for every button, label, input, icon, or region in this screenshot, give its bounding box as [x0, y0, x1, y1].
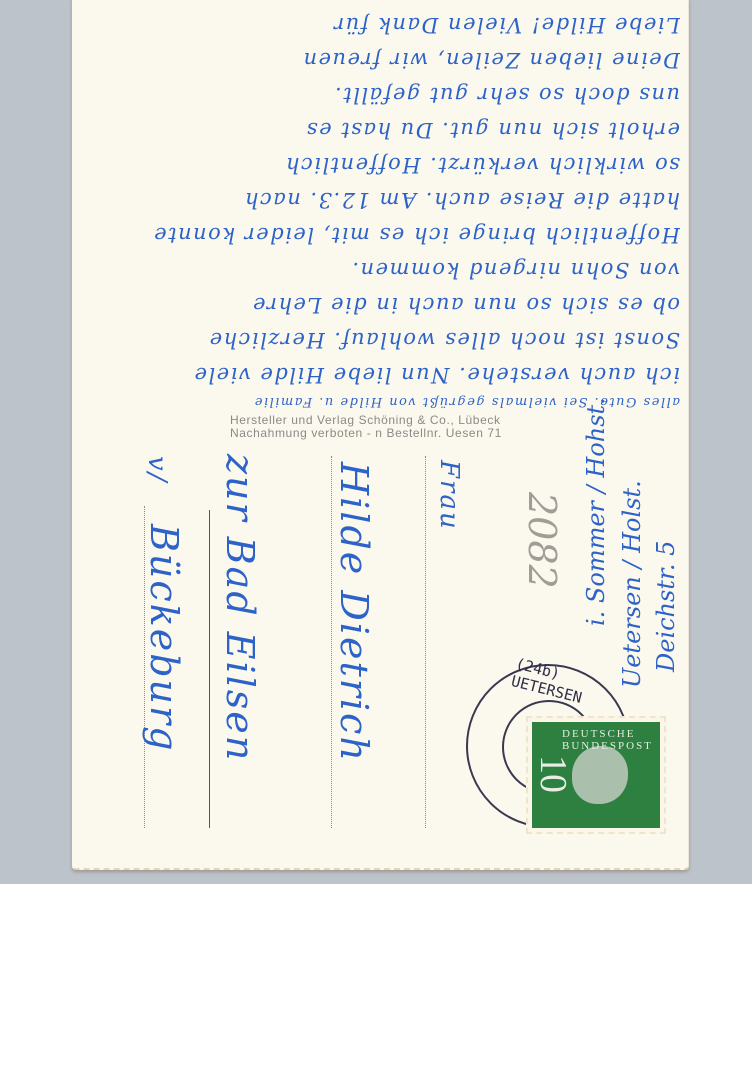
- address-salutation: Frau: [434, 460, 464, 531]
- address-district: Bückeburg: [142, 524, 186, 752]
- message-line: Deine lieben Zeilen, wir freuen: [82, 37, 680, 72]
- publisher-line-2: Nachahmung verboten - n Bestellnr. Uesen…: [230, 427, 502, 440]
- sender-line-1: i. Sommer / Hohst.: [582, 397, 610, 626]
- pencil-note: 2082: [520, 492, 564, 589]
- message-line: uns doch so sehr gut gefällt.: [82, 72, 680, 107]
- message-line: erholt sich nun gut. Du hast es: [82, 107, 680, 142]
- message-line: Sonst ist noch alles wohlauf. Herzliche: [82, 317, 680, 352]
- message-line: hatte die Reise auch. Am 12.3. nach: [82, 177, 680, 212]
- address-town: zur Bad Eilsen: [218, 454, 262, 762]
- stamp-country-text: DEUTSCHE BUNDESPOST: [562, 728, 660, 752]
- postcard: alles Gute. Sei vielmals gegrüßt von Hil…: [72, 0, 689, 870]
- address-rule-1: [425, 456, 426, 828]
- message-line: ich auch verstehe. Nun liebe Hilde viele: [82, 352, 680, 387]
- message-line: Liebe Hilde! Vielen Dank für: [82, 2, 680, 37]
- address-rule-3: [209, 510, 210, 828]
- sender-line-3: Deichstr. 5: [652, 541, 680, 672]
- message-line: ob es sich so nun auch in die Lehre: [82, 282, 680, 317]
- address-prefix: v/: [142, 456, 172, 483]
- address-name: Hilde Dietrich: [332, 462, 376, 763]
- message-line: so wirklich verkürzt. Hoffentlich: [82, 142, 680, 177]
- stamp-face: 10 DEUTSCHE BUNDESPOST: [532, 722, 660, 828]
- message-line: Hoffentlich bringe ich es mit, leider ko…: [82, 212, 680, 247]
- sender-line-2: Uetersen / Holst.: [618, 480, 646, 688]
- stamp-portrait-icon: [572, 746, 628, 804]
- handwritten-message: alles Gute. Sei vielmals gegrüßt von Hil…: [82, 4, 680, 409]
- publisher-imprint: Hersteller und Verlag Schöning & Co., Lü…: [230, 414, 502, 440]
- postage-stamp: 10 DEUTSCHE BUNDESPOST: [526, 716, 666, 834]
- message-line: von Sohn nirgend kommen.: [82, 247, 680, 282]
- stamp-denomination: 10: [531, 755, 575, 793]
